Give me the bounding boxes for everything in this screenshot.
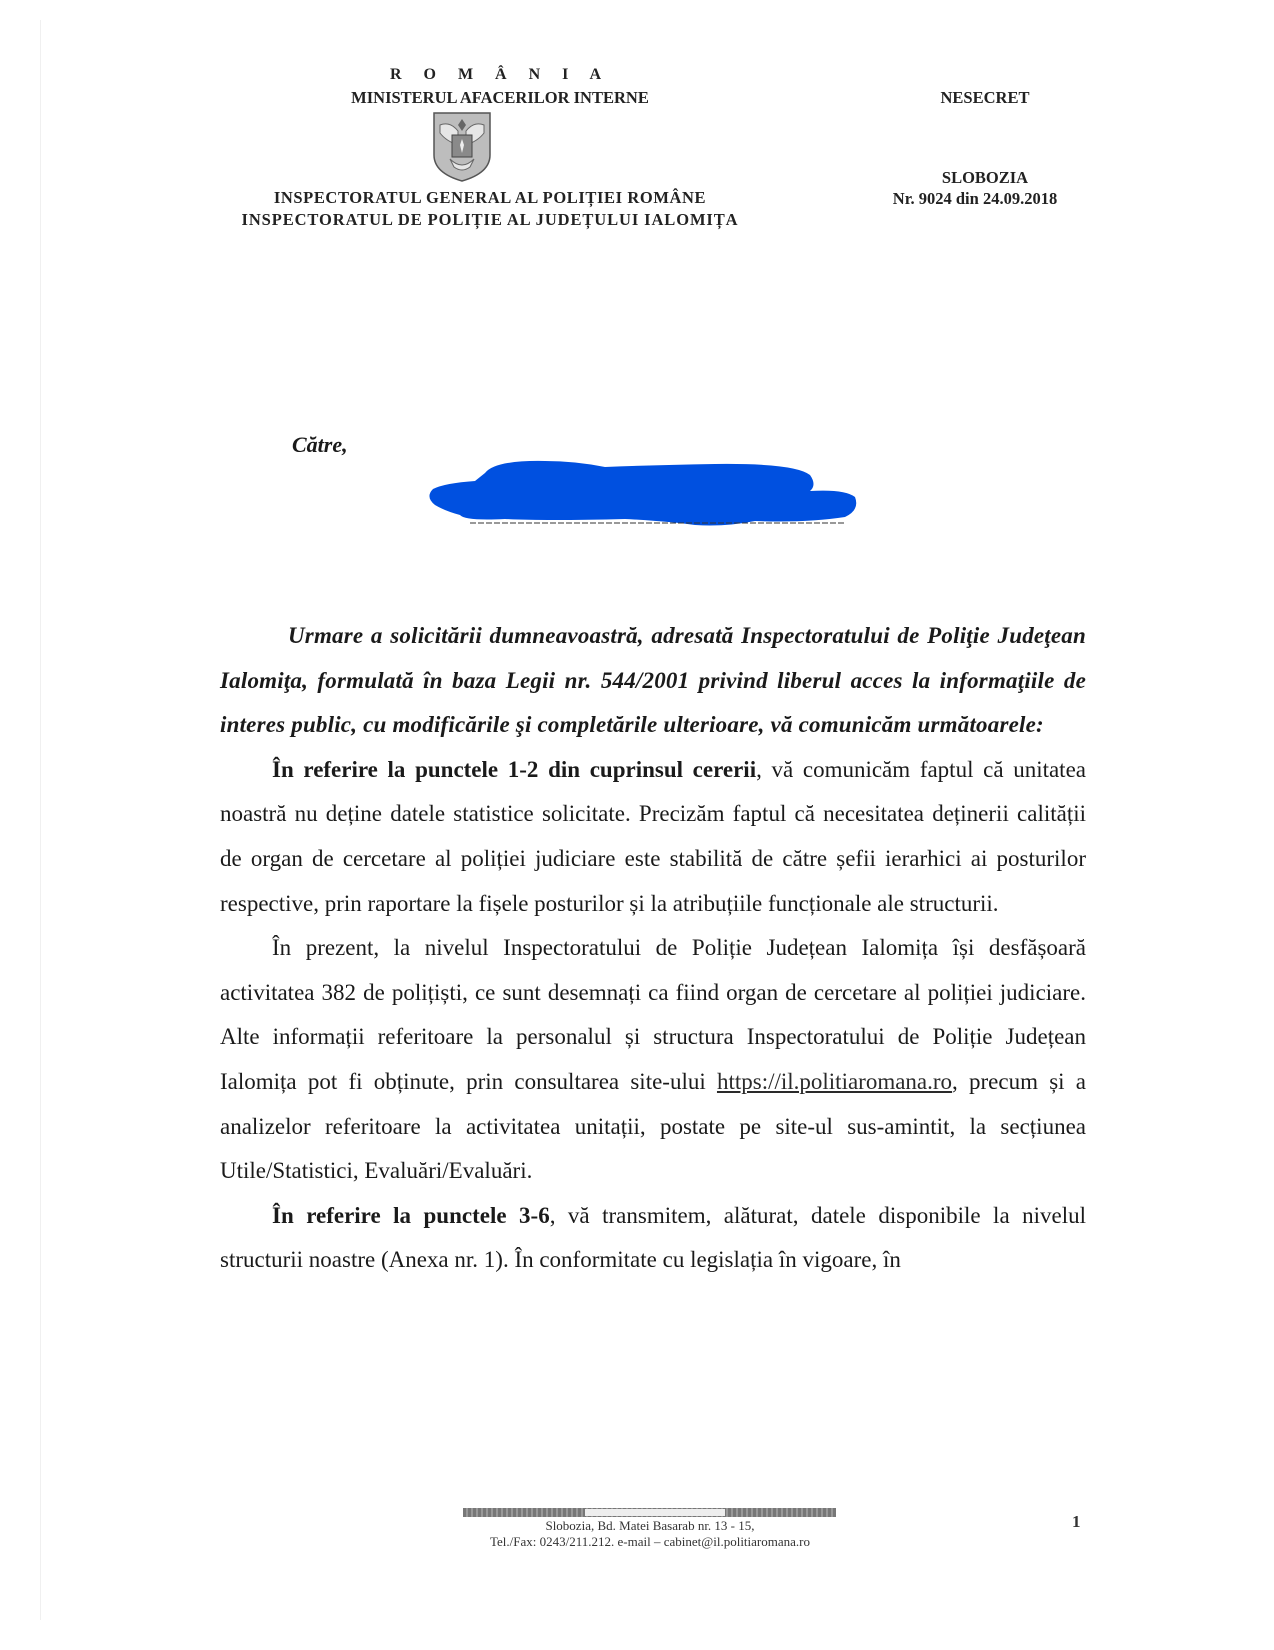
footer-contact: Tel./Fax: 0243/211.212. e-mail – cabinet… bbox=[430, 1534, 870, 1550]
letter-body: Urmare a solicitării dumneavoastră, adre… bbox=[220, 614, 1086, 1283]
paragraph-staff: În prezent, la nivelul Inspectoratului d… bbox=[220, 926, 1086, 1194]
scan-margin-line bbox=[40, 20, 41, 1620]
classification-label: NESECRET bbox=[880, 88, 1090, 108]
institution-general-heading: INSPECTORATUL GENERAL AL POLIȚIEI ROMÂNE bbox=[200, 188, 780, 208]
paragraph-points-3-6: În referire la punctele 3-6, vă transmit… bbox=[220, 1194, 1086, 1283]
ministry-heading: MINISTERUL AFACERILOR INTERNE bbox=[220, 88, 780, 108]
redacted-recipient bbox=[425, 455, 860, 530]
page-number: 1 bbox=[1072, 1512, 1081, 1532]
city-label: SLOBOZIA bbox=[880, 168, 1090, 188]
country-heading: R O M Â N I A bbox=[220, 66, 780, 84]
paragraph-points-1-2: În referire la punctele 1-2 din cuprinsu… bbox=[220, 748, 1086, 926]
website-link[interactable]: https://il.politiaromana.ro bbox=[717, 1069, 952, 1094]
institution-county-heading: INSPECTORATUL DE POLIȚIE AL JUDEȚULUI IA… bbox=[200, 210, 780, 230]
salutation: Către, bbox=[292, 432, 348, 458]
points-3-6-heading: În referire la punctele 3-6 bbox=[272, 1203, 550, 1228]
footer-divider-bar bbox=[463, 1508, 836, 1517]
registration-number: Nr. 9024 din 24.09.2018 bbox=[860, 189, 1090, 209]
footer-address: Slobozia, Bd. Matei Basarab nr. 13 - 15, bbox=[440, 1518, 860, 1534]
romanian-coat-of-arms-icon bbox=[430, 111, 494, 183]
intro-paragraph: Urmare a solicitării dumneavoastră, adre… bbox=[220, 614, 1086, 748]
points-1-2-heading: În referire la punctele 1-2 din cuprinsu… bbox=[272, 757, 756, 782]
